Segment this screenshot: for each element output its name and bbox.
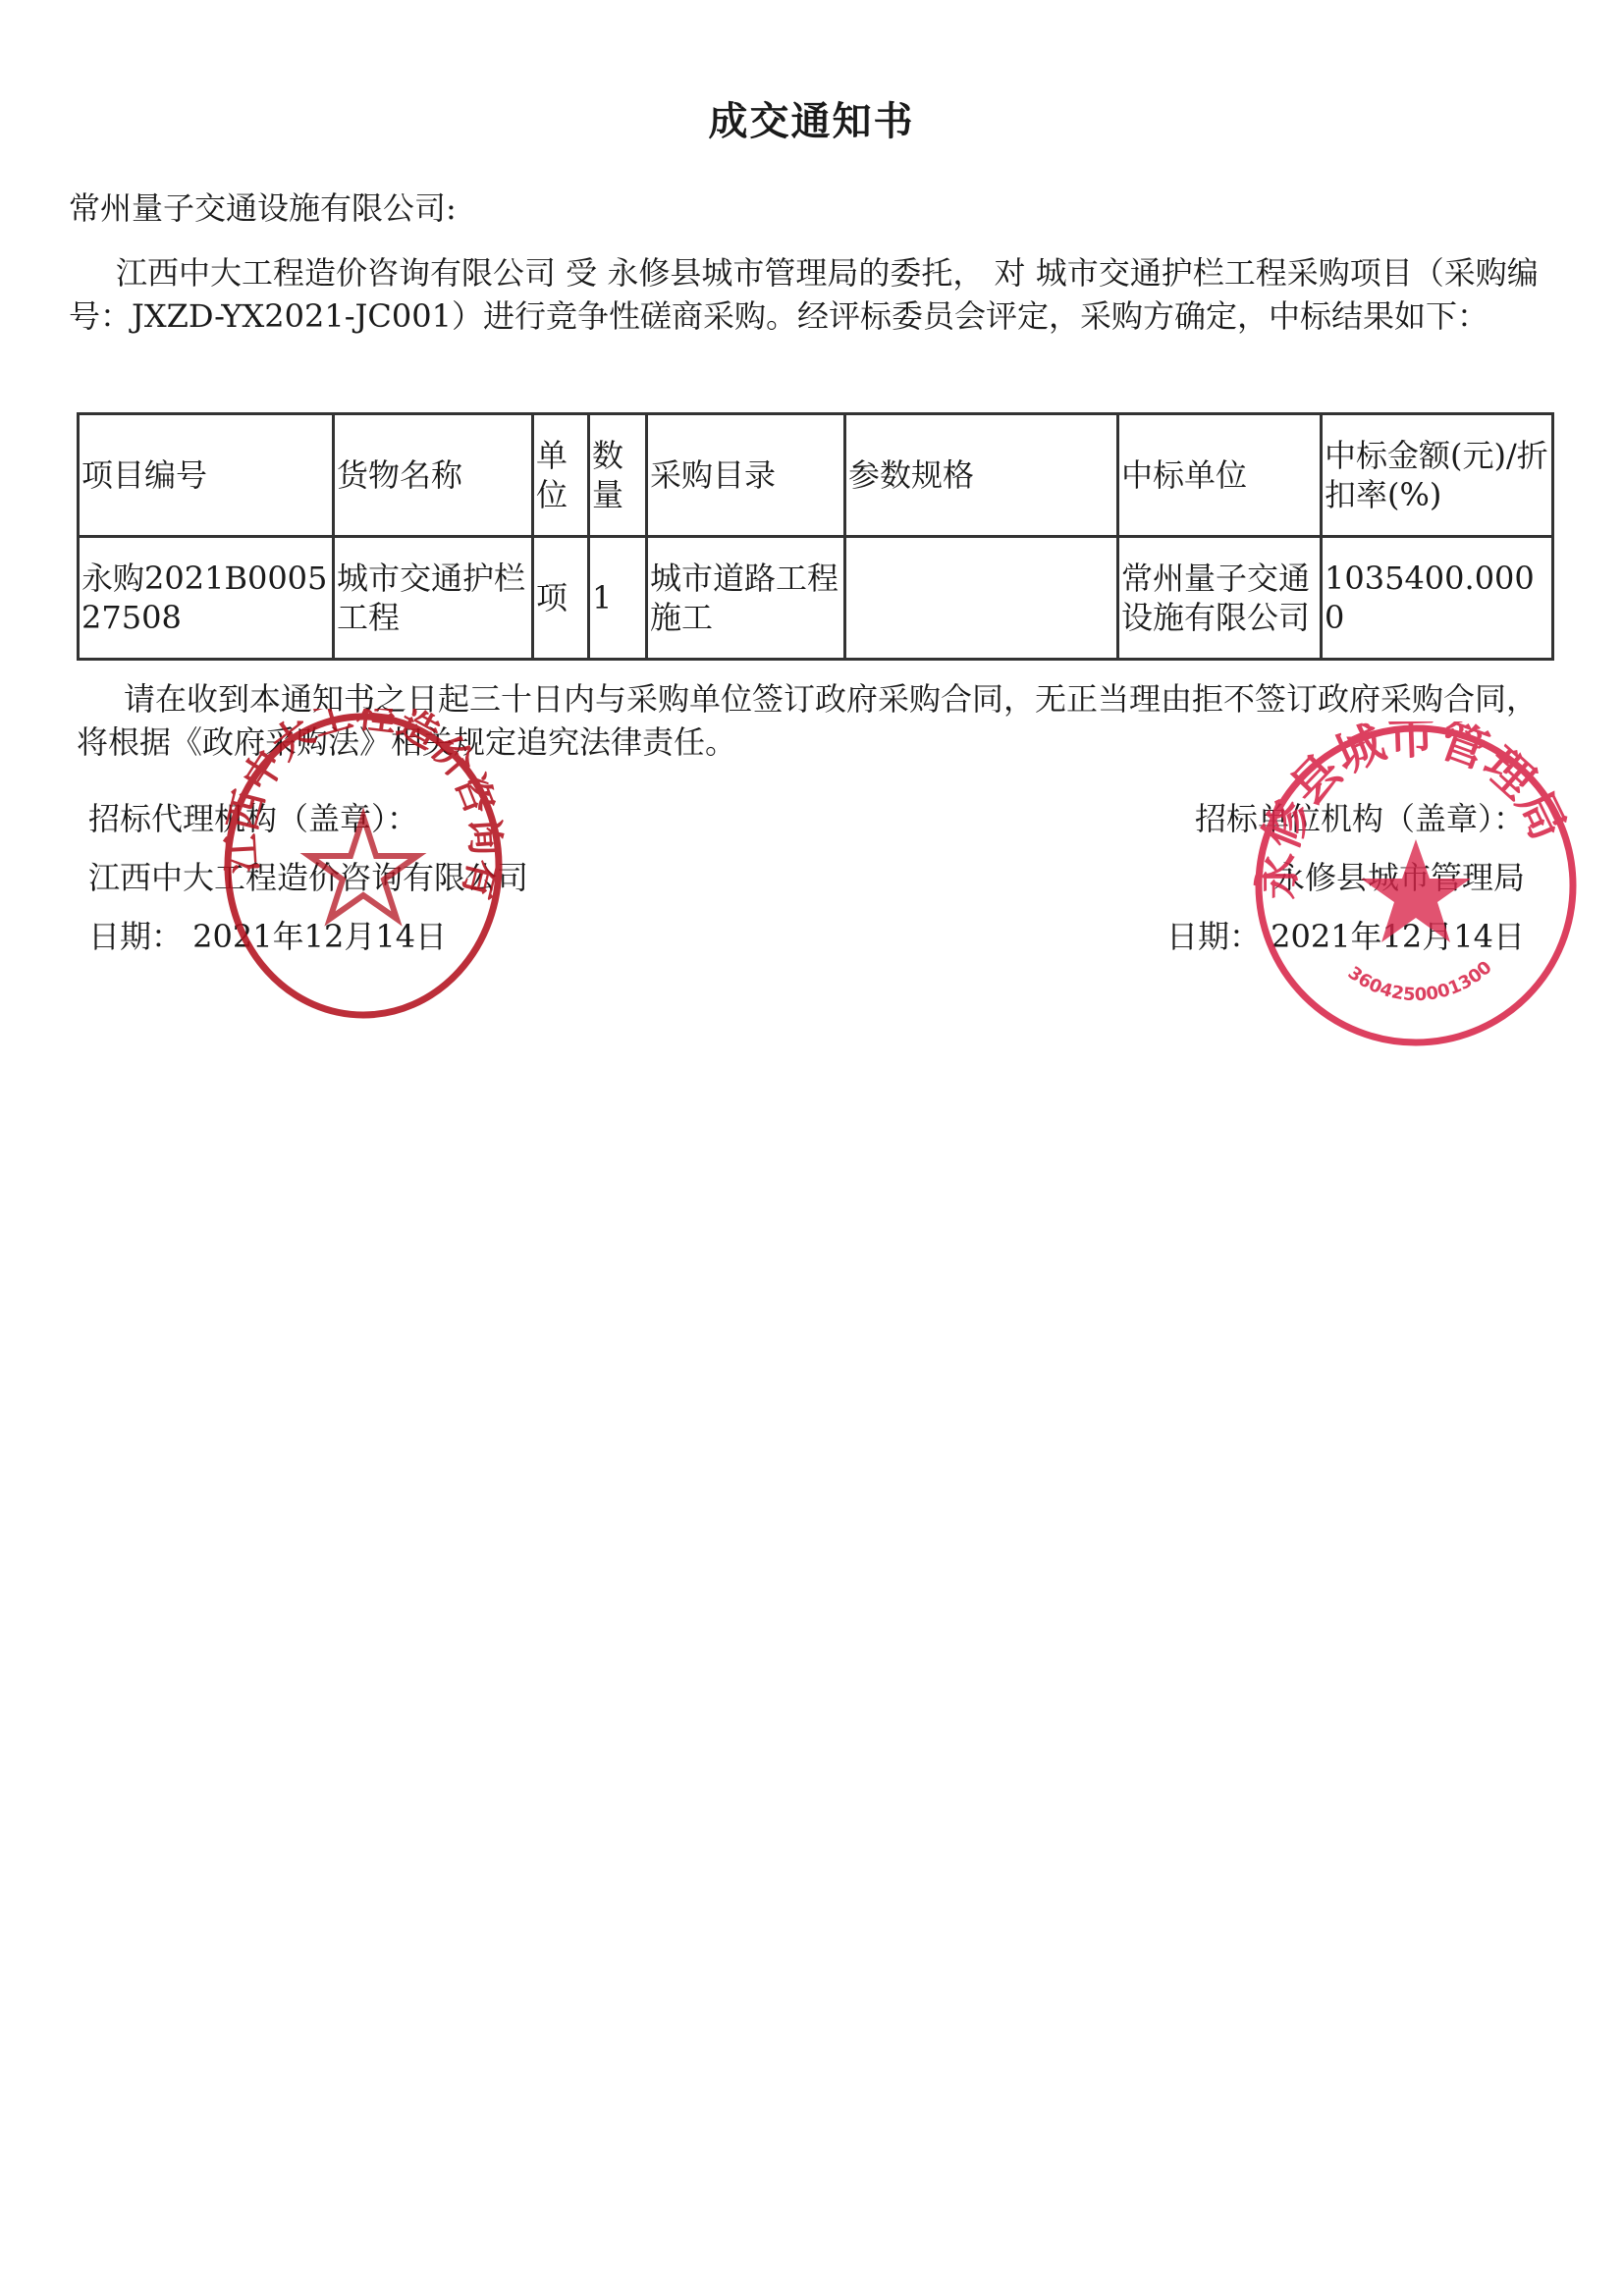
intro-paragraph-text: 江西中大工程造价咨询有限公司 受 永修县城市管理局的委托， 对 城市交通护栏工程… <box>69 254 1539 335</box>
notice-paragraph-text: 请在收到本通知书之日起三十日内与采购单位签订政府采购合同，无正当理由拒不签订政府… <box>77 680 1538 761</box>
agency-date: 日期： 2021年12月14日 <box>88 915 447 958</box>
purchaser-name: 永修县城市管理局 <box>1273 856 1525 899</box>
header-amount: 中标金额(元)/折扣率(%) <box>1322 414 1553 537</box>
document-title: 成交通知书 <box>0 90 1623 146</box>
header-quantity: 数量 <box>589 414 647 537</box>
header-goods-name: 货物名称 <box>334 414 533 537</box>
header-unit: 单位 <box>533 414 589 537</box>
table-row: 永购2021B000527508 城市交通护栏工程 项 1 城市道路工程施工 常… <box>79 537 1553 660</box>
cell-goods-name: 城市交通护栏工程 <box>334 537 533 660</box>
result-table: 项目编号 货物名称 单位 数量 采购目录 参数规格 中标单位 中标金额(元)/折… <box>77 412 1554 661</box>
cell-winner: 常州量子交通设施有限公司 <box>1118 537 1322 660</box>
notice-paragraph: 请在收到本通知书之日起三十日内与采购单位签订政府采购合同，无正当理由拒不签订政府… <box>77 677 1559 764</box>
cell-unit: 项 <box>533 537 589 660</box>
table-header-row: 项目编号 货物名称 单位 数量 采购目录 参数规格 中标单位 中标金额(元)/折… <box>79 414 1553 537</box>
header-project-no: 项目编号 <box>79 414 334 537</box>
header-spec: 参数规格 <box>845 414 1118 537</box>
cell-catalog: 城市道路工程施工 <box>647 537 845 660</box>
agency-seal-label: 招标代理机构（盖章）： <box>88 797 418 840</box>
purchaser-seal-label: 招标单位机构（盖章）： <box>1195 797 1525 840</box>
cell-spec <box>845 537 1118 660</box>
agency-name: 江西中大工程造价咨询有限公司 <box>88 856 528 899</box>
purchaser-date: 日期： 2021年12月14日 <box>1166 915 1525 958</box>
cell-quantity: 1 <box>589 537 647 660</box>
header-winner: 中标单位 <box>1118 414 1322 537</box>
intro-paragraph: 江西中大工程造价咨询有限公司 受 永修县城市管理局的委托， 对 城市交通护栏工程… <box>69 251 1561 338</box>
svg-text:3604250001300: 3604250001300 <box>1344 957 1496 1005</box>
cell-project-no: 永购2021B000527508 <box>79 537 334 660</box>
header-catalog: 采购目录 <box>647 414 845 537</box>
addressee: 常州量子交通设施有限公司: <box>69 187 457 230</box>
cell-amount: 1035400.0000 <box>1322 537 1553 660</box>
